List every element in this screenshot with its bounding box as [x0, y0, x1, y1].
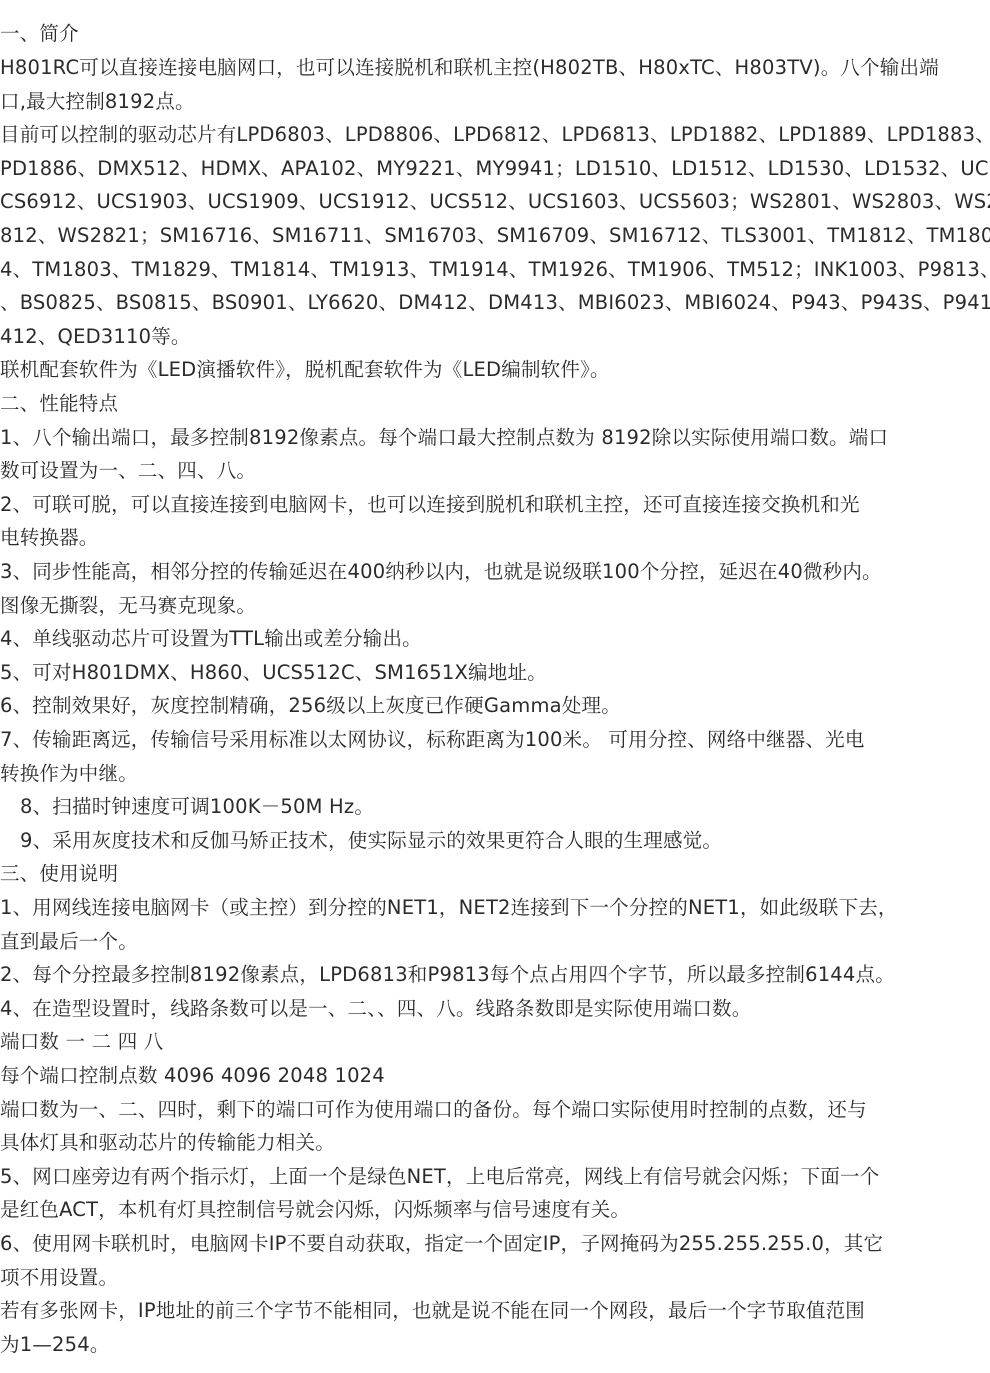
- usage-5-line-2: 是红色ACT，本机有灯具控制信号就会闪烁，闪烁频率与信号速度有关。: [0, 1197, 990, 1223]
- chip-list-line-7: 412、QED3110等。: [0, 324, 990, 350]
- usage-1-line-1: 1、用网线连接电脑网卡（或主控）到分控的NET1，NET2连接到下一个分控的NE…: [0, 895, 990, 921]
- section-heading-intro: 一、简介: [0, 21, 990, 47]
- feature-2-line-2: 电转换器。: [0, 525, 990, 551]
- multi-nic-line-2: 为1—254。: [0, 1332, 990, 1358]
- feature-9: 9、采用灰度技术和反伽马矫正技术，使实际显示的效果更符合人眼的生理感觉。: [20, 828, 990, 854]
- software-line: 联机配套软件为《LED演播软件》，脱机配套软件为《LED编制软件》。: [0, 357, 990, 383]
- usage-5-line-1: 5、网口座旁边有两个指示灯，上面一个是绿色NET，上电后常亮，网线上有信号就会闪…: [0, 1164, 990, 1190]
- chip-list-line-2: PD1886、DMX512、HDMX、APA102、MY9221、MY9941；…: [0, 156, 990, 182]
- chip-list-line-1: 目前可以控制的驱动芯片有LPD6803、LPD8806、LPD6812、LPD6…: [0, 122, 990, 148]
- backup-line-2: 具体灯具和驱动芯片的传输能力相关。: [0, 1130, 990, 1156]
- section-heading-features: 二、性能特点: [0, 391, 990, 417]
- chip-list-line-4: 812、WS2821；SM16716、SM16711、SM16703、SM167…: [0, 223, 990, 249]
- feature-6: 6、控制效果好，灰度控制精确，256级以上灰度已作硬Gamma处理。: [0, 693, 990, 719]
- feature-4: 4、单线驱动芯片可设置为TTL输出或差分输出。: [0, 626, 990, 652]
- multi-nic-line-1: 若有多张网卡，IP地址的前三个字节不能相同，也就是说不能在同一个网段，最后一个字…: [0, 1298, 990, 1324]
- chip-list-line-5: 4、TM1803、TM1829、TM1814、TM1913、TM1914、TM1…: [0, 257, 990, 283]
- backup-line-1: 端口数为一、二、四时，剩下的端口可作为使用端口的备份。每个端口实际使用时控制的点…: [0, 1097, 990, 1123]
- feature-5: 5、可对H801DMX、H860、UCS512C、SM1651X编地址。: [0, 660, 990, 686]
- feature-8: 8、扫描时钟速度可调100K－50M Hz。: [20, 794, 990, 820]
- usage-6-line-1: 6、使用网卡联机时，电脑网卡IP不要自动获取，指定一个固定IP，子网掩码为255…: [0, 1231, 990, 1257]
- chip-list-line-3: CS6912、UCS1903、UCS1909、UCS1912、UCS512、UC…: [0, 189, 990, 215]
- feature-1-line-2: 数可设置为一、二、四、八。: [0, 458, 990, 484]
- usage-4: 4、在造型设置时，线路条数可以是一、二、、四、八。线路条数即是实际使用端口数。: [0, 996, 990, 1022]
- document-page: 一、简介 H801RC可以直接连接电脑网口，也可以连接脱机和联机主控(H802T…: [0, 0, 990, 1373]
- feature-2-line-1: 2、可联可脱，可以直接连接到电脑网卡，也可以连接到脱机和联机主控，还可直接连接交…: [0, 492, 990, 518]
- usage-6-line-2: 项不用设置。: [0, 1265, 990, 1291]
- points-per-port-row: 每个端口控制点数 4096 4096 2048 1024: [0, 1063, 990, 1089]
- intro-line-1: H801RC可以直接连接电脑网口，也可以连接脱机和联机主控(H802TB、H80…: [0, 55, 990, 81]
- feature-1-line-1: 1、八个输出端口，最多控制8192像素点。每个端口最大控制点数为 8192除以实…: [0, 425, 990, 451]
- feature-7-line-1: 7、传输距离远，传输信号采用标准以太网协议，标称距离为100米。 可用分控、网络…: [0, 727, 990, 753]
- section-heading-usage: 三、使用说明: [0, 861, 990, 887]
- feature-7-line-2: 转换作为中继。: [0, 761, 990, 787]
- usage-2: 2、每个分控最多控制8192像素点，LPD6813和P9813每个点占用四个字节…: [0, 962, 990, 988]
- feature-3-line-2: 图像无撕裂，无马赛克现象。: [0, 593, 990, 619]
- feature-3-line-1: 3、同步性能高，相邻分控的传输延迟在400纳秒以内，也就是说级联100个分控，延…: [0, 559, 990, 585]
- usage-1-line-2: 直到最后一个。: [0, 929, 990, 955]
- intro-line-2: 口,最大控制8192点。: [0, 89, 990, 115]
- chip-list-line-6: 、BS0825、BS0815、BS0901、LY6620、DM412、DM413…: [0, 290, 990, 316]
- port-count-row: 端口数 一 二 四 八: [0, 1029, 990, 1055]
